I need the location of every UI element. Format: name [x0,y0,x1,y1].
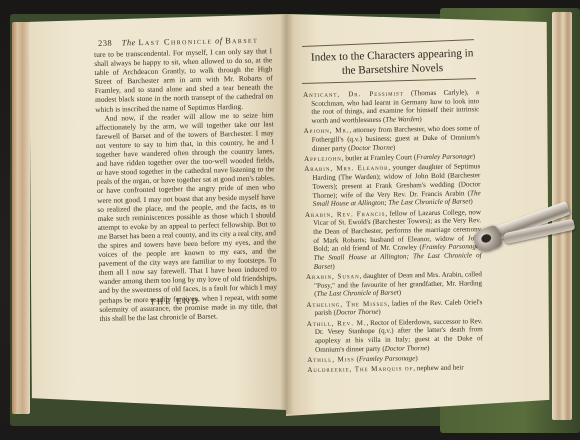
the-end-heading: THE END [150,297,200,307]
paragraph: ture to be transcendental. For myself, I… [94,46,273,113]
page-edges-left [12,22,30,414]
index-entry: Athill, Rev. M., Rector of Eiderdown, su… [307,317,484,355]
index-entries: Anticant, Dr. Pessimist (Thomas Carlyle)… [303,88,483,376]
index-entry: Arabin, Rev. Francis, fellow of Lazarus … [305,208,482,272]
index-entry: Arabin, Mrs. Eleanor, younger daughter o… [304,163,481,209]
photo-scene: 238 The Last Chronicle of Barset ture to… [0,0,580,440]
running-head-last-chronicle: Last Chronicle [138,37,212,48]
index-entry: Anticant, Dr. Pessimist (Thomas Carlyle)… [303,88,480,126]
running-head-the: The [122,38,136,47]
index-entry: Apjohn, Mr., attorney from Barchester, w… [304,125,480,154]
page-number: 238 [98,39,112,48]
index-title: Index to the Characters appearing in the… [303,47,482,79]
index-entry: Arabin, Susan, daughter of Dean and Mrs.… [306,270,482,299]
index-entry: Atheling, The Misses, ladies of the Rev.… [306,298,482,318]
paragraph: And now, if the reader will allow me to … [95,110,277,323]
running-head-of: of [215,36,223,45]
left-page-body: ture to be transcendental. For myself, I… [94,46,278,322]
running-head-barset: Barset [225,36,258,46]
index-entry: Auldreekie, The Marquis of, nephew and h… [307,364,483,375]
book-gutter [280,14,294,414]
